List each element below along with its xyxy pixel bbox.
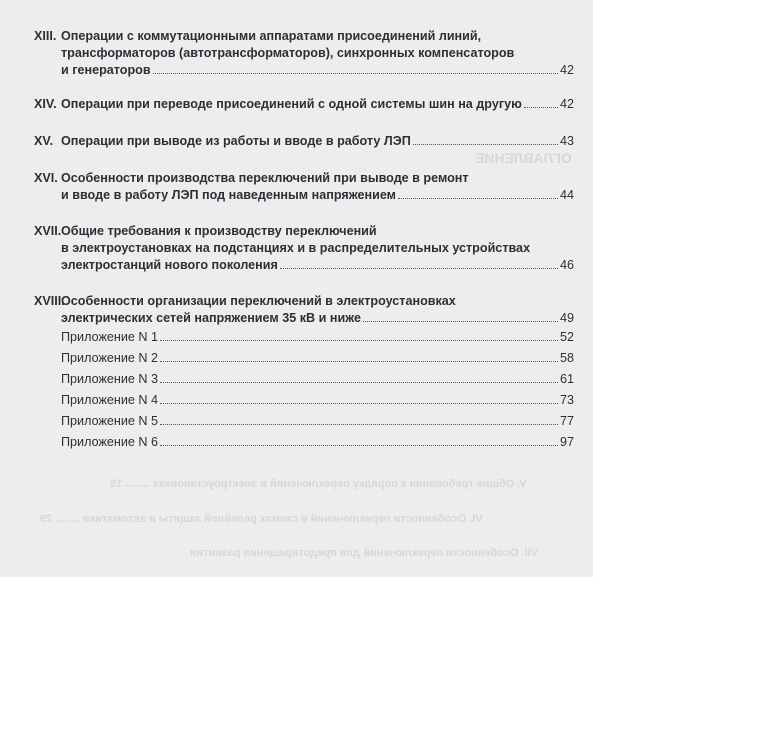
toc-entry[interactable]: XVII. Общие требования к производству пе… (34, 223, 574, 274)
dot-leader (160, 444, 558, 446)
entry-title-line: Особенности организации переключений в э… (61, 293, 574, 310)
dot-leader (160, 360, 558, 362)
bleed-through-text: VII. Особенности переключений для предот… (190, 547, 538, 559)
entry-title-line: в электроустановках на подстанциях и в р… (61, 240, 574, 257)
toc-entry[interactable]: XVIII. Особенности организации переключе… (34, 293, 574, 327)
page-number: 44 (560, 187, 574, 204)
appendix-label: Приложение N 4 (61, 392, 158, 409)
dot-leader (160, 402, 558, 404)
appendix-entry[interactable]: Приложение N 577 (61, 413, 574, 430)
section-number: XVIII. (34, 293, 65, 310)
section-number: XIII. (34, 28, 56, 45)
entry-title-line: электрических сетей напряжением 35 кВ и … (61, 310, 361, 327)
page-number: 42 (560, 96, 574, 113)
entry-title-line: Операции с коммутационными аппаратами пр… (61, 28, 574, 45)
entry-title-line: трансформаторов (автотрансформаторов), с… (61, 45, 574, 62)
section-number: XV. (34, 133, 53, 150)
dot-leader (153, 72, 558, 74)
dot-leader (398, 197, 558, 199)
document-page: ОГЛАВЛЕНИЕ V. Общие требования к порядку… (0, 0, 593, 577)
page-number: 61 (560, 371, 574, 388)
toc-entry[interactable]: XVI. Особенности производства переключен… (34, 170, 574, 204)
appendix-entry[interactable]: Приложение N 473 (61, 392, 574, 409)
dot-leader (160, 339, 558, 341)
appendix-entry[interactable]: Приложение N 361 (61, 371, 574, 388)
page-number: 43 (560, 133, 574, 150)
dot-leader (280, 267, 558, 269)
appendix-label: Приложение N 3 (61, 371, 158, 388)
entry-title-line: и генераторов (61, 62, 151, 79)
appendix-entry[interactable]: Приложение N 258 (61, 350, 574, 367)
page-number: 58 (560, 350, 574, 367)
entry-title-line: Операции при переводе присоединений с од… (61, 96, 522, 113)
section-number: XVII. (34, 223, 61, 240)
dot-leader (160, 381, 558, 383)
bleed-through-text: V. Общие требования к порядку переключен… (110, 478, 527, 490)
dot-leader (413, 143, 558, 145)
toc-entry[interactable]: XIV. Операции при переводе присоединений… (34, 96, 574, 113)
appendix-label: Приложение N 2 (61, 350, 158, 367)
page-number: 77 (560, 413, 574, 430)
appendix-label: Приложение N 5 (61, 413, 158, 430)
entry-title-line: Общие требования к производству переключ… (61, 223, 574, 240)
appendix-entry[interactable]: Приложение N 152 (61, 329, 574, 346)
section-number: XVI. (34, 170, 58, 187)
toc-entry[interactable]: XV. Операции при выводе из работы и ввод… (34, 133, 574, 150)
appendix-label: Приложение N 6 (61, 434, 158, 451)
page-number: 97 (560, 434, 574, 451)
page-number: 52 (560, 329, 574, 346)
appendix-entry[interactable]: Приложение N 697 (61, 434, 574, 451)
page-number: 46 (560, 257, 574, 274)
entry-title-line: Операции при выводе из работы и вводе в … (61, 133, 411, 150)
bleed-through-text: VI. Особенности переключений в схемах ре… (40, 513, 483, 525)
page-number: 49 (560, 310, 574, 327)
dot-leader (160, 423, 558, 425)
page-number: 42 (560, 62, 574, 79)
entry-title-line: электростанций нового поколения (61, 257, 278, 274)
section-number: XIV. (34, 96, 57, 113)
page-number: 73 (560, 392, 574, 409)
bleed-through-text: ОГЛАВЛЕНИЕ (475, 150, 572, 166)
dot-leader (363, 320, 558, 322)
toc-entry[interactable]: XIII. Операции с коммутационными аппарат… (34, 28, 574, 79)
entry-title-line: Особенности производства переключений пр… (61, 170, 574, 187)
appendix-label: Приложение N 1 (61, 329, 158, 346)
dot-leader (524, 106, 558, 108)
entry-title-line: и вводе в работу ЛЭП под наведенным напр… (61, 187, 396, 204)
